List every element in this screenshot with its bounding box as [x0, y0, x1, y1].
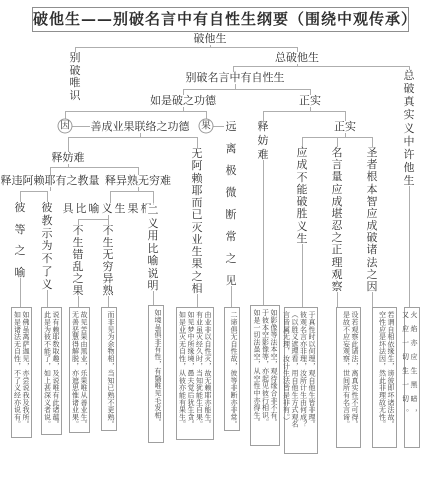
verse-box-5: 如境虽俱非有性，有翳唯见毛发相。: [148, 305, 164, 443]
node-bie-po-mingyan: 别破名言中有自性生: [186, 72, 285, 84]
node-shi-fang-nan-2: 释妨难: [256, 121, 270, 160]
verse-box-8: 如影像等法本空，观待缘合非不有。于彼本空影像等，亦起见彼行相识。如是一切法虽空，…: [250, 305, 280, 446]
node-eryi-biyu: 二义用比喻说明: [146, 205, 160, 291]
verse-box-4: 而非见为余物相，当知已熟不更熟。: [101, 307, 117, 431]
connector-line: [68, 138, 69, 152]
kepan-outline-page: 破他生——别破名言中有自性生纲要（围绕中观传承） 破他生总破他生别破名言中有自性…: [0, 0, 421, 500]
node-mingyanliang: 名言量应成堪忍之正理观察: [330, 147, 344, 292]
connector-line: [153, 291, 154, 306]
verse-box-11: 若谓自相依缘生，谤彼即坏诸法故。空性应是坏法因，然此非理故无性。: [372, 307, 397, 448]
node-shancheng-yeguo: 善成业果联络之功德: [91, 121, 190, 133]
node-bi-jiaoshi: 彼教示为不了义: [40, 202, 54, 290]
verse-column: 若谓自相依缘生，谤彼即坏诸法故。: [387, 311, 396, 444]
verse-column: 如见梦中所缘境，愚夫觉后犹生贪。: [187, 311, 196, 436]
verse-column: 空性应是坏法因，然此非理故无性。: [378, 311, 387, 444]
verse-column: 此是为彼不能了，如上甚深义者说。: [43, 311, 52, 431]
node-yuanli-jiwei: 远离极微断常之见: [224, 121, 238, 286]
verse-box-7: 二谛俱无自性故，彼等非断亦非常。: [224, 307, 240, 431]
node-shi-yishu-wuqiong: 释异熟无穷难: [105, 175, 171, 187]
verse-column: 言皆属无理，汝计生法皆是非有。）: [282, 311, 291, 450]
connector-line: [78, 219, 109, 220]
node-zhengshi-1: 正实: [299, 95, 321, 107]
verse-box-3: 故见苦果由黑业，乐果唯从善业生。无善恶慧得解脱，亦遮思惟诸业果。: [69, 307, 90, 433]
node-shi-fang-nan-1: 释妨难: [52, 152, 85, 164]
connector-line: [72, 126, 90, 127]
verse-column: 如境虽俱非有性，有翳唯见毛发相。: [154, 309, 163, 439]
verse-column: 而非见为余物相，当知已熟不更熟。: [107, 311, 116, 427]
node-bie-po-weishi: 别破唯识: [68, 52, 82, 101]
connector-line: [263, 111, 346, 112]
node-zong-po-zhenshi: 总破真实义中许他生: [402, 70, 416, 186]
connector-line: [20, 278, 21, 307]
verse-column: 火焰亦应生黑暗，: [410, 311, 419, 444]
verse-column: 有业虽灭经久时，当知犹能生自果。: [195, 311, 204, 436]
node-shengzhe-genbenzhi: 圣者根本智应成破诸法之因: [365, 147, 379, 292]
verse-column: 二谛俱无自性故，彼等非断亦非常。: [230, 311, 239, 427]
verse-column: 又应一切生一切。: [401, 311, 410, 444]
node-ju-biyu-yi: 具比喻义生果相: [63, 203, 154, 215]
node-busheng-cuoluan: 不生错乱之果: [71, 225, 85, 296]
node-yingcheng-buneng: 应成不能破胜义生: [295, 147, 309, 244]
connector-line: [65, 111, 207, 112]
verse-box-9: 于真性时以何理，观自他生皆非理。彼观名言亦非理，汝所计生由何成？（以胜义遮理看，…: [284, 307, 318, 454]
verse-box-1: 如佛虽离萨迦见，亦尝说我及我所。如是诸法无自性，不了义经亦说有。: [11, 307, 32, 438]
node-wu-alaiye: 无阿赖耶而已灭业生果之相: [190, 148, 204, 294]
node-yin-circle: 因: [58, 119, 73, 134]
connector-line: [409, 186, 410, 307]
connector-line: [372, 292, 373, 307]
verse-column: 设若观察此诸法，离真实性不可得。: [351, 311, 360, 444]
node-zhengshi-2: 正实: [334, 121, 356, 133]
connector-line: [47, 290, 48, 307]
verse-column: 彼观名言亦非理，汝所计生由何成？: [299, 311, 308, 450]
connector-line: [337, 292, 338, 307]
verse-column: 无善恶慧得解脱，亦遮思惟诸业果。: [71, 311, 80, 429]
node-zong-po-ta-sheng: 总破他生: [275, 52, 319, 64]
connector-line: [197, 294, 198, 307]
connector-line: [68, 137, 198, 138]
verse-column: 如是业灭无自性，从彼亦能有果生。: [178, 311, 187, 436]
verse-column: （以胜义遮理看，用自他生方式观名: [291, 311, 300, 450]
connector-line: [75, 47, 298, 48]
verse-column: 由业非以自性灭，故无赖耶亦能生。: [204, 311, 213, 436]
node-guo-circle: 果: [199, 119, 214, 134]
verse-column: 故见苦果由黑业，乐果唯从善业生。: [80, 311, 89, 429]
node-bideng-zhi-yu: 彼等之喻: [13, 202, 27, 278]
verse-box-10: 设若观察此诸法，离真实性不可得。是故不应妄观察，世间所有名言谛。: [336, 307, 361, 448]
verse-column: 于真性时以何理，观自他生皆非理。: [308, 311, 317, 450]
node-po-ta-sheng-root: 破他生: [194, 33, 227, 45]
connector-line: [50, 167, 139, 168]
connector-line: [213, 126, 224, 127]
connector-line: [233, 66, 410, 67]
tree-diagram: 破他生总破他生别破名言中有自性生如是破之功德正实善成业果联络之功德释妨难释违阿赖…: [0, 0, 421, 500]
connector-line: [183, 89, 311, 90]
verse-column: 是故不应妄观察，世间所有名言谛。: [342, 311, 351, 444]
verse-box-12: 火焰亦应生黑暗，又应一切生一切。: [404, 307, 420, 448]
verse-column: 如是诸法无自性，不了义经亦说有。: [13, 311, 22, 434]
verse-column: 如影像等法本空，观待缘合非不有。: [270, 309, 279, 442]
verse-box-6: 由业非以自性灭，故无赖耶亦能生。有业虽灭经久时，当知犹能生自果。如见梦中所缘境，…: [176, 307, 214, 440]
connector-line: [20, 191, 48, 192]
verse-column: 说有赖耶数取趣，及说唯有此诸蕴。: [52, 311, 61, 431]
verse-box-2: 说有赖耶数取趣，及说唯有此诸蕴。此是为彼不能了，如上甚深义者说。: [41, 307, 62, 435]
connector-line: [302, 244, 303, 307]
connector-line: [231, 286, 232, 307]
node-shi-wei-alaiye: 释违阿赖耶有之教量: [1, 175, 100, 187]
connector-line: [78, 296, 79, 307]
verse-column: 如是一切法虽空，从空性中亦得生。: [253, 309, 262, 442]
node-busheng-wuqiong: 不生无穷异熟: [101, 225, 115, 296]
connector-line: [108, 296, 109, 307]
verse-column: 如佛虽离萨迦见，亦尝说我及我所。: [22, 311, 31, 434]
verse-column: 于彼本空影像等，亦起见彼行相识。: [261, 309, 270, 442]
connector-line: [110, 191, 154, 192]
node-rushi-po-gongde: 如是破之功德: [150, 95, 216, 107]
connector-line: [263, 160, 264, 306]
